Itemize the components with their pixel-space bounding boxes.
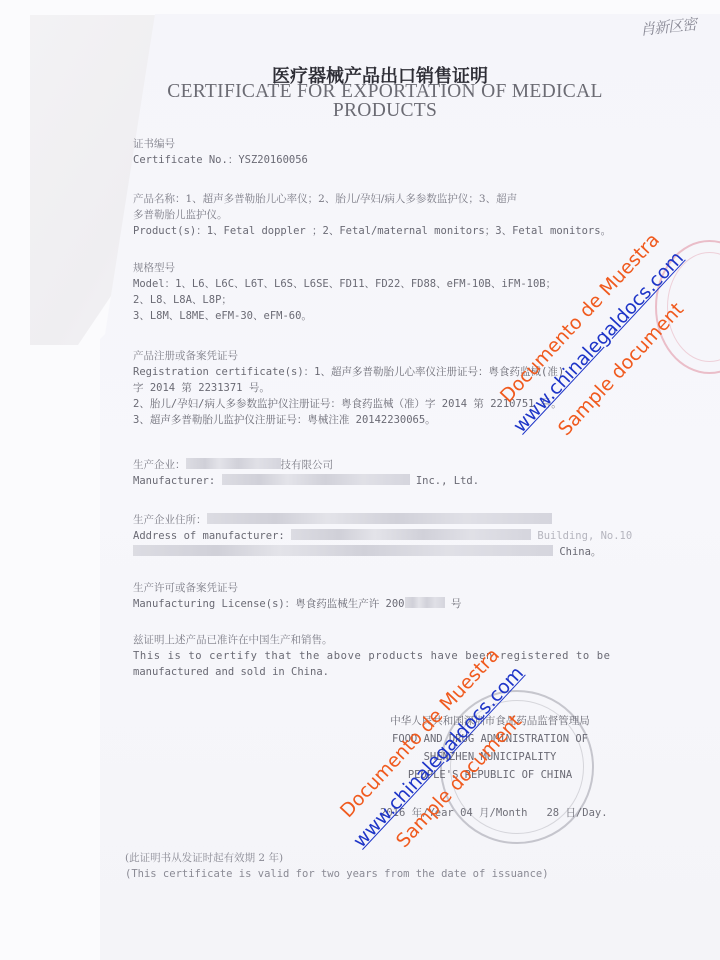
title-english-line1: CERTIFICATE FOR EXPORTATION OF MEDICAL [150, 82, 620, 101]
products-label-cn: 产品名称： [133, 193, 186, 205]
redacted-address-en-1 [291, 529, 531, 540]
models-line2: 2、L8、L8A、L8P； [133, 292, 556, 308]
validity-en: (This certificate is valid for two years… [125, 866, 549, 882]
manufacturer-en-suffix: Inc., Ltd. [416, 475, 479, 487]
models-label-cn: 规格型号 [133, 260, 556, 276]
redacted-manufacturer-en [222, 474, 410, 485]
manufacturer-cn-suffix: 技有限公司 [281, 459, 334, 471]
license-section: 生产许可或备案凭证号 Manufacturing License(s)：粤食药监… [133, 580, 461, 612]
manufacturer-label-en: Manufacturer: [133, 475, 215, 487]
address-line3-suffix: China。 [559, 546, 601, 558]
redacted-manufacturer-cn [186, 458, 281, 469]
models-line3: 3、L8M、L8ME、eFM-30、eFM-60。 [133, 308, 556, 324]
license-value-prefix: 粤食药监械生产许 200 [295, 598, 404, 610]
products-cn-text: 1、超声多普勒胎儿心率仪；2、胎儿/孕妇/病人多参数监护仪；3、超声 [186, 193, 518, 205]
certificate-number-line: Certificate No.：YSZ20160056 [133, 152, 308, 168]
redacted-address-cn [207, 513, 552, 524]
date-month: 04 [460, 807, 473, 819]
manufacturer-label-cn: 生产企业： [133, 459, 186, 471]
address-en-line1: Address of manufacturer: Building, No.10 [133, 528, 632, 544]
license-value-suffix: 号 [451, 598, 462, 610]
certificate-number-label-en: Certificate No.： [133, 154, 238, 166]
registration-label-cn: 产品注册或备案凭证号 [133, 348, 564, 364]
date-day-label: 日/Day. [565, 807, 607, 819]
address-label-en: Address of manufacturer: [133, 530, 285, 542]
redacted-address-en-2 [133, 545, 553, 556]
redacted-license-number [405, 597, 445, 608]
license-label-cn: 生产许可或备案凭证号 [133, 580, 461, 596]
statement-en-line2: manufactured and sold in China. [133, 664, 633, 680]
registration-line3: 2、胎儿/孕妇/病人多参数监护仪注册证号：粤食药监械（准）字 2014 第 22… [133, 396, 564, 412]
certificate-number-label-cn: 证书编号 [133, 136, 308, 152]
validity-note: (此证明书从发证时起有效期 2 年) (This certificate is … [125, 850, 549, 882]
license-line: Manufacturing License(s)：粤食药监械生产许 200 号 [133, 596, 461, 612]
manufacturer-cn-line: 生产企业：技有限公司 [133, 457, 479, 473]
manufacturer-section: 生产企业：技有限公司 Manufacturer: Inc., Ltd. [133, 457, 479, 489]
registration-line1: Registration certificate(s)：1、超声多普勒胎儿心率仪… [133, 364, 564, 380]
address-line2-suffix: Building, No.10 [537, 530, 632, 542]
statement-section: 兹证明上述产品已准许在中国生产和销售。 This is to certify t… [133, 632, 633, 680]
models-section: 规格型号 Model：1、L6、L6C、L6T、L6S、L6SE、FD11、FD… [133, 260, 556, 324]
products-cn-line2: 多普勒胎儿监护仪。 [133, 207, 611, 223]
title-english-line2: PRODUCTS [150, 101, 620, 120]
products-cn-line1: 产品名称：1、超声多普勒胎儿心率仪；2、胎儿/孕妇/病人多参数监护仪；3、超声 [133, 191, 611, 207]
products-section: 产品名称：1、超声多普勒胎儿心率仪；2、胎儿/孕妇/病人多参数监护仪；3、超声 … [133, 191, 611, 239]
date-month-label: 月/Month [479, 807, 527, 819]
certificate-number-section: 证书编号 Certificate No.：YSZ20160056 [133, 136, 308, 168]
statement-en-line1: This is to certify that the above produc… [133, 648, 633, 664]
manufacturer-en-line: Manufacturer: Inc., Ltd. [133, 473, 479, 489]
address-en-line2: China。 [133, 544, 632, 560]
address-section: 生产企业住所： Address of manufacturer: Buildin… [133, 512, 632, 560]
products-en: Product(s)：1、Fetal doppler ；2、Fetal/mate… [133, 223, 611, 239]
address-cn-line: 生产企业住所： [133, 512, 632, 528]
date-day: 28 [546, 807, 559, 819]
statement-cn: 兹证明上述产品已准许在中国生产和销售。 [133, 632, 633, 648]
address-label-cn: 生产企业住所： [133, 514, 207, 526]
license-label-en: Manufacturing License(s)： [133, 598, 295, 610]
validity-cn: (此证明书从发证时起有效期 2 年) [125, 850, 549, 866]
certificate-number-value: YSZ20160056 [238, 154, 308, 166]
registration-line4: 3、超声多普勒胎儿监护仪注册证号：粤械注准 20142230065。 [133, 412, 564, 428]
models-line1: Model：1、L6、L6C、L6T、L6S、L6SE、FD11、FD22、FD… [133, 276, 556, 292]
title-english: CERTIFICATE FOR EXPORTATION OF MEDICAL P… [150, 82, 620, 120]
